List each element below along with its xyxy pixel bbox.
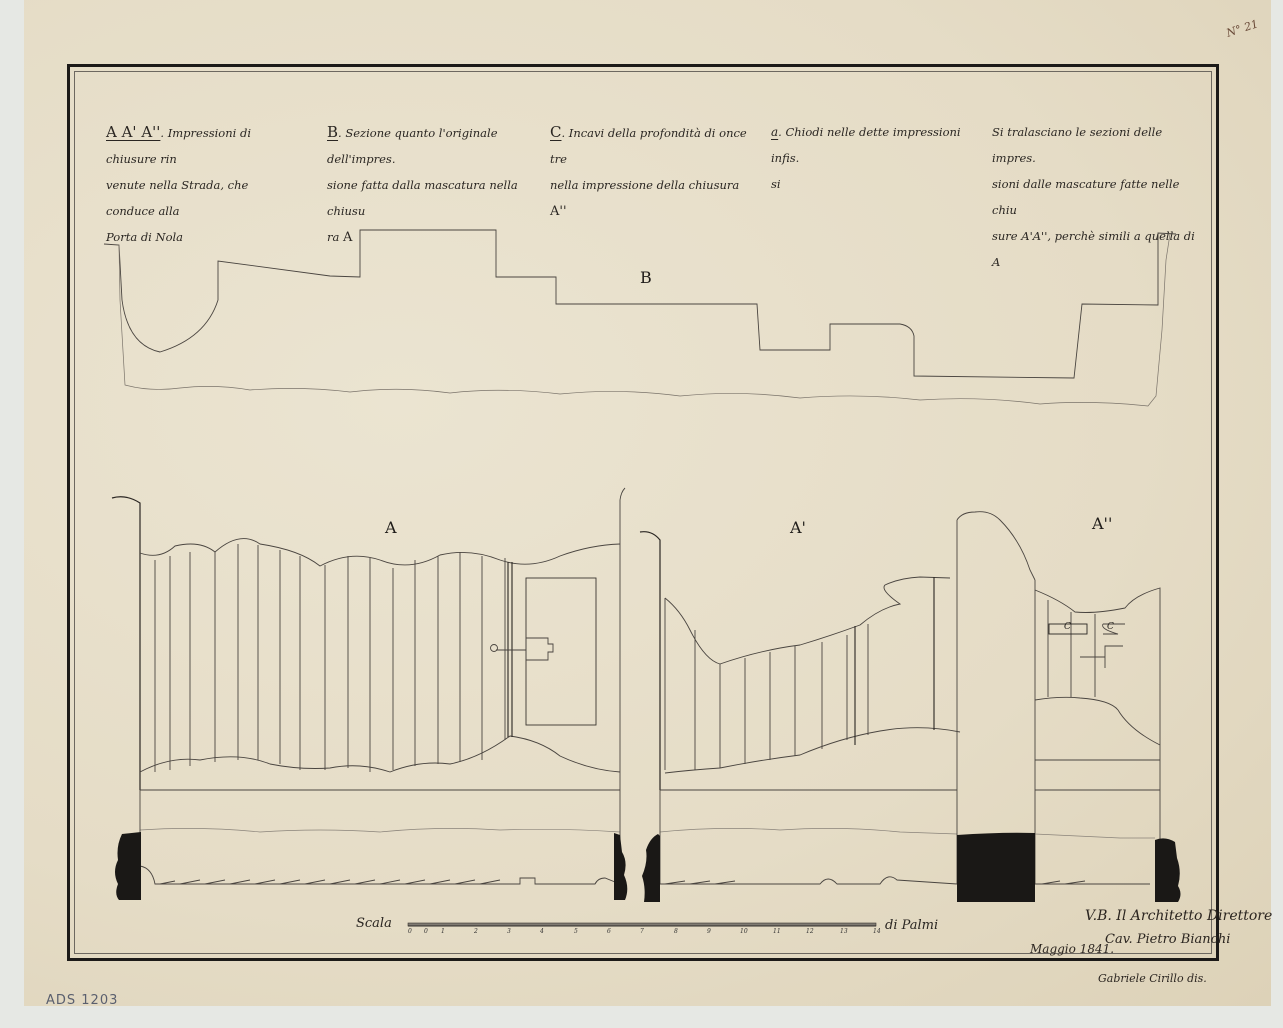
plan-wall-solids [115, 832, 1181, 902]
draughtsman-signature: Gabriele Cirillo dis. [1098, 972, 1207, 985]
label-incavo-c-2: C [1107, 622, 1114, 632]
approval-signature-line2: Cav. Pietro Bianchi [1105, 932, 1230, 947]
label-elevation-a-double-prime: A'' [1092, 514, 1112, 533]
label-elevation-a-prime: A' [790, 518, 806, 537]
elevation-a-prime [640, 512, 1035, 790]
approval-signature-line1: V.B. Il Architetto Direttore [1085, 908, 1272, 924]
scale-bar [408, 923, 876, 926]
elevation-a [112, 488, 625, 790]
date-annotation: Maggio 1841. [1030, 942, 1114, 956]
label-incavo-c-1: C [1064, 622, 1071, 632]
label-section-b: B [640, 268, 652, 287]
label-elevation-a: A [385, 518, 397, 537]
archive-id: ADS 1203 [46, 993, 118, 1008]
scale-unit: di Palmi [885, 918, 938, 933]
elevation-a-double-prime [660, 520, 1160, 790]
scale-label: Scala [356, 916, 392, 931]
architectural-drawing [0, 0, 1283, 1028]
section-b-profile [104, 230, 1176, 406]
